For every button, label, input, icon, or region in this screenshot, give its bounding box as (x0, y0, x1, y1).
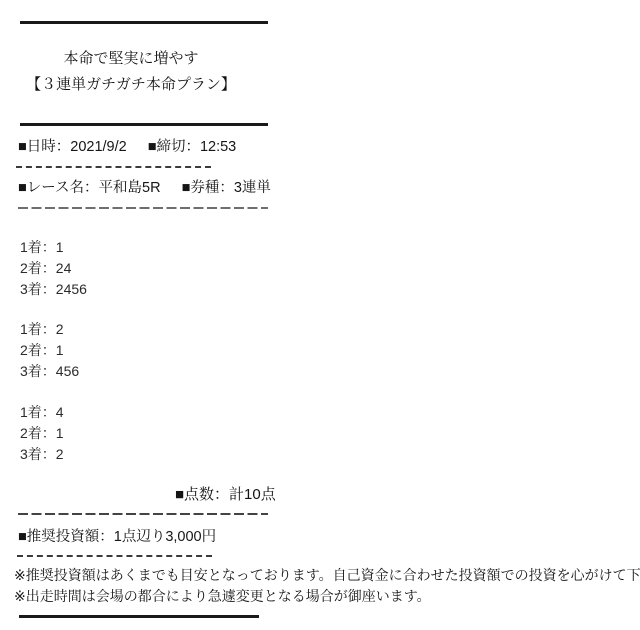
divider-longdash-2 (18, 513, 268, 515)
race-row: ■レース名：平和島5R■券種：3連単 (18, 180, 271, 197)
bet-line: 1着：4 (20, 402, 64, 423)
rank-value: 2456 (56, 281, 87, 297)
points-total: ■点数：計10点 (175, 486, 276, 504)
rank-label: 3着： (20, 363, 56, 379)
rank-label: 1着： (20, 239, 56, 255)
rank-label: 3着： (20, 446, 56, 462)
rank-value: 456 (56, 363, 79, 379)
divider-dotted-1 (16, 166, 211, 168)
bet-line: 3着：2456 (20, 279, 87, 300)
rank-value: 1 (56, 342, 64, 358)
bet-group-1: 1着：1 2着：24 3着：2456 (20, 237, 87, 300)
rank-value: 1 (56, 239, 64, 255)
recommended-investment: ■推奨投資額：1点辺り3,000円 (18, 529, 216, 546)
divider-bottom (19, 615, 259, 618)
ticket-type-field: ■券種：3連単 (182, 180, 271, 196)
note-investment: ※推奨投資額はあくまでも目安となっております。自己資金に合わせた投資額での投資を… (14, 565, 640, 586)
race-name-field: ■レース名：平和島5R (18, 180, 161, 196)
disclaimer-notes: ※推奨投資額はあくまでも目安となっております。自己資金に合わせた投資額での投資を… (14, 565, 640, 607)
bet-line: 1着：1 (20, 237, 87, 258)
bet-group-2: 1着：2 2着：1 3着：456 (20, 319, 79, 382)
rank-label: 2着： (20, 260, 56, 276)
rank-value: 2 (56, 446, 64, 462)
bet-line: 2着：1 (20, 423, 64, 444)
rank-value: 24 (56, 260, 72, 276)
bet-line: 3着：456 (20, 361, 79, 382)
plan-subtitle: 本命で堅実に増やす (0, 46, 262, 72)
plan-title-block: 本命で堅実に増やす 【３連単ガチガチ本命プラン】 (0, 46, 262, 98)
bet-group-3: 1着：4 2着：1 3着：2 (20, 402, 64, 465)
rank-value: 1 (56, 425, 64, 441)
deadline-field: ■締切：12:53 (148, 139, 237, 155)
divider-longdash-1 (18, 207, 268, 209)
rank-label: 3着： (20, 281, 56, 297)
rank-label: 1着： (20, 321, 56, 337)
rank-value: 4 (56, 404, 64, 420)
bet-line: 2着：1 (20, 340, 79, 361)
rank-label: 2着： (20, 425, 56, 441)
divider-dotted-2 (17, 555, 212, 557)
rank-label: 2着： (20, 342, 56, 358)
plan-title: 【３連単ガチガチ本命プラン】 (0, 72, 262, 98)
bet-line: 2着：24 (20, 258, 87, 279)
rank-label: 1着： (20, 404, 56, 420)
date-field: ■日時：2021/9/2 (18, 139, 127, 155)
betting-plan-page: 本命で堅実に増やす 【３連単ガチガチ本命プラン】 ■日時：2021/9/2■締切… (0, 0, 640, 630)
bet-line: 1着：2 (20, 319, 79, 340)
note-schedule: ※出走時間は会場の都合により急遽変更となる場合が御座います。 (14, 586, 640, 607)
datetime-row: ■日時：2021/9/2■締切：12:53 (18, 139, 236, 156)
divider-top (20, 21, 268, 24)
bet-line: 3着：2 (20, 444, 64, 465)
divider-header-bottom (20, 123, 268, 126)
rank-value: 2 (56, 321, 64, 337)
